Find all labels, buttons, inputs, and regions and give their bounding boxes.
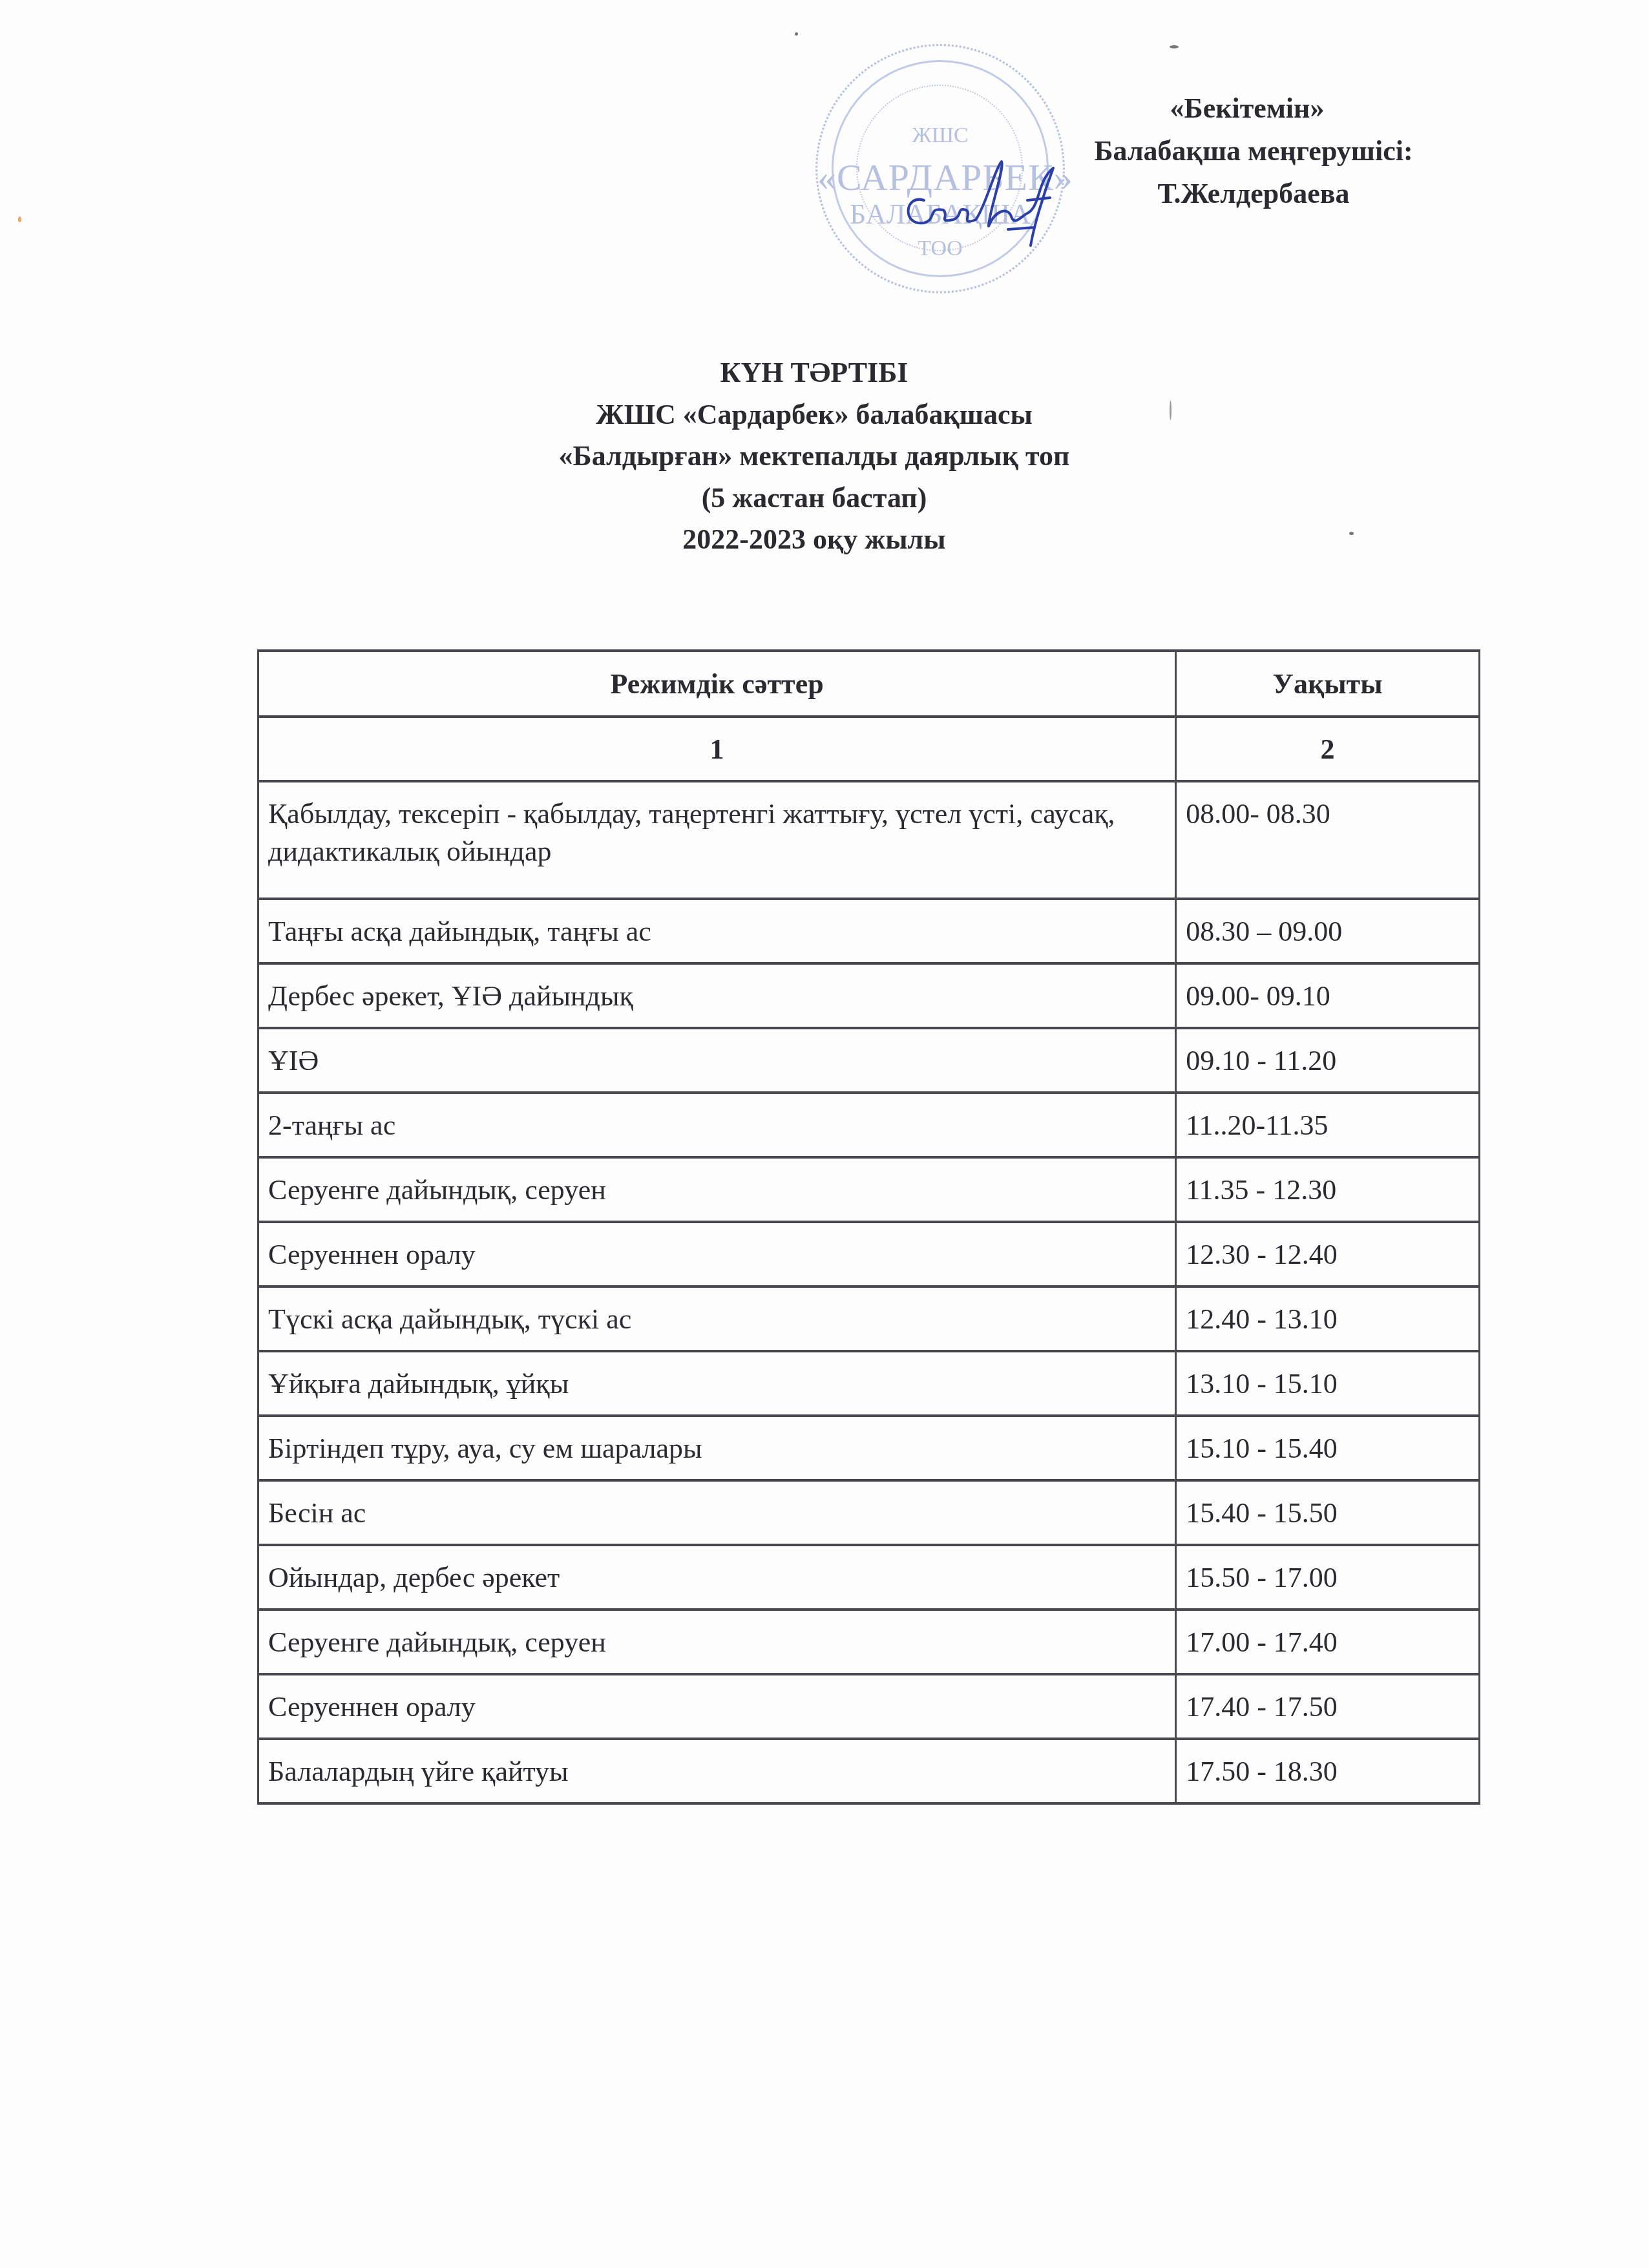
activity-cell: Түскі асқа дайындық, түскі ас bbox=[258, 1286, 1176, 1351]
activity-cell: Серуенге дайындық, серуен bbox=[258, 1610, 1176, 1674]
activity-cell: Ұйқыға дайындық, ұйқы bbox=[258, 1351, 1176, 1416]
activity-cell: Серуенге дайындық, серуен bbox=[258, 1157, 1176, 1222]
time-cell: 08.00- 08.30 bbox=[1176, 781, 1480, 899]
table-row: Серуеннен оралу12.30 - 12.40 bbox=[258, 1222, 1480, 1286]
table-row: Ойындар, дербес әрекет15.50 - 17.00 bbox=[258, 1545, 1480, 1610]
table-row: Балалардың үйге қайтуы17.50 - 18.30 bbox=[258, 1739, 1480, 1803]
activity-cell: 2-таңғы ас bbox=[258, 1093, 1176, 1157]
approval-position: Балабақша меңгерушісі: bbox=[1008, 130, 1473, 173]
column-number-row: 1 2 bbox=[258, 717, 1480, 781]
time-cell: 15.40 - 15.50 bbox=[1176, 1480, 1480, 1545]
activity-cell: Ойындар, дербес әрекет bbox=[258, 1545, 1176, 1610]
title-line-1: КҮН ТӘРТІБІ bbox=[362, 352, 1266, 394]
scan-speck bbox=[18, 216, 21, 222]
activity-cell: Серуеннен оралу bbox=[258, 1222, 1176, 1286]
table-row: 2-таңғы ас11..20-11.35 bbox=[258, 1093, 1480, 1157]
time-cell: 12.30 - 12.40 bbox=[1176, 1222, 1480, 1286]
scan-speck bbox=[1349, 532, 1354, 535]
title-line-2: ЖШС «Сардарбек» балабақшасы bbox=[362, 394, 1266, 436]
title-line-4: (5 жастан бастап) bbox=[362, 478, 1266, 520]
table-row: Бесін ас15.40 - 15.50 bbox=[258, 1480, 1480, 1545]
document-title: КҮН ТӘРТІБІ ЖШС «Сардарбек» балабақшасы … bbox=[362, 352, 1266, 561]
column-number-2: 2 bbox=[1176, 717, 1480, 781]
table-row: Ұйқыға дайындық, ұйқы13.10 - 15.10 bbox=[258, 1351, 1480, 1416]
table-row: Қабылдау, тексеріп - қабылдау, таңертенг… bbox=[258, 781, 1480, 899]
time-cell: 12.40 - 13.10 bbox=[1176, 1286, 1480, 1351]
table-row: Біртіндеп тұру, ауа, су ем шаралары15.10… bbox=[258, 1416, 1480, 1480]
table-row: Дербес әрекет, ҰІӘ дайындық09.00- 09.10 bbox=[258, 963, 1480, 1028]
activity-cell: Серуеннен оралу bbox=[258, 1674, 1176, 1739]
activity-cell: Біртіндеп тұру, ауа, су ем шаралары bbox=[258, 1416, 1176, 1480]
column-number-1: 1 bbox=[258, 717, 1176, 781]
approval-heading: «Бекітемін» bbox=[1008, 87, 1473, 130]
table-row: Таңғы асқа дайындық, таңғы ас08.30 – 09.… bbox=[258, 899, 1480, 963]
time-cell: 09.10 - 11.20 bbox=[1176, 1028, 1480, 1093]
time-cell: 11.35 - 12.30 bbox=[1176, 1157, 1480, 1222]
schedule-table: Режимдік сәттер Уақыты 1 2 Қабылдау, тек… bbox=[257, 649, 1480, 1805]
approval-name: Т.Желдербаева bbox=[1008, 173, 1473, 215]
activity-cell: ҰІӘ bbox=[258, 1028, 1176, 1093]
activity-cell: Дербес әрекет, ҰІӘ дайындық bbox=[258, 963, 1176, 1028]
time-cell: 13.10 - 15.10 bbox=[1176, 1351, 1480, 1416]
time-cell: 15.10 - 15.40 bbox=[1176, 1416, 1480, 1480]
time-cell: 09.00- 09.10 bbox=[1176, 963, 1480, 1028]
activity-cell: Таңғы асқа дайындық, таңғы ас bbox=[258, 899, 1176, 963]
title-line-3: «Балдырған» мектепалды даярлық топ bbox=[362, 436, 1266, 478]
scan-speck bbox=[795, 32, 798, 36]
table-row: Түскі асқа дайындық, түскі ас12.40 - 13.… bbox=[258, 1286, 1480, 1351]
scan-speck bbox=[1170, 45, 1179, 48]
activity-cell: Бесін ас bbox=[258, 1480, 1176, 1545]
time-cell: 17.40 - 17.50 bbox=[1176, 1674, 1480, 1739]
time-cell: 17.50 - 18.30 bbox=[1176, 1739, 1480, 1803]
time-cell: 11..20-11.35 bbox=[1176, 1093, 1480, 1157]
activity-cell: Қабылдау, тексеріп - қабылдау, таңертенг… bbox=[258, 781, 1176, 899]
table-row: ҰІӘ09.10 - 11.20 bbox=[258, 1028, 1480, 1093]
table-row: Серуеннен оралу17.40 - 17.50 bbox=[258, 1674, 1480, 1739]
table-row: Серуенге дайындық, серуен11.35 - 12.30 bbox=[258, 1157, 1480, 1222]
header-activities: Режимдік сәттер bbox=[258, 651, 1176, 717]
activity-cell: Балалардың үйге қайтуы bbox=[258, 1739, 1176, 1803]
time-cell: 08.30 – 09.00 bbox=[1176, 899, 1480, 963]
time-cell: 15.50 - 17.00 bbox=[1176, 1545, 1480, 1610]
table-row: Серуенге дайындық, серуен17.00 - 17.40 bbox=[258, 1610, 1480, 1674]
table-header-row: Режимдік сәттер Уақыты bbox=[258, 651, 1480, 717]
approval-block: «Бекітемін» Балабақша меңгерушісі: Т.Жел… bbox=[1008, 87, 1473, 215]
header-time: Уақыты bbox=[1176, 651, 1480, 717]
scan-speck bbox=[1170, 401, 1171, 420]
time-cell: 17.00 - 17.40 bbox=[1176, 1610, 1480, 1674]
title-line-5: 2022-2023 оқу жылы bbox=[362, 519, 1266, 561]
